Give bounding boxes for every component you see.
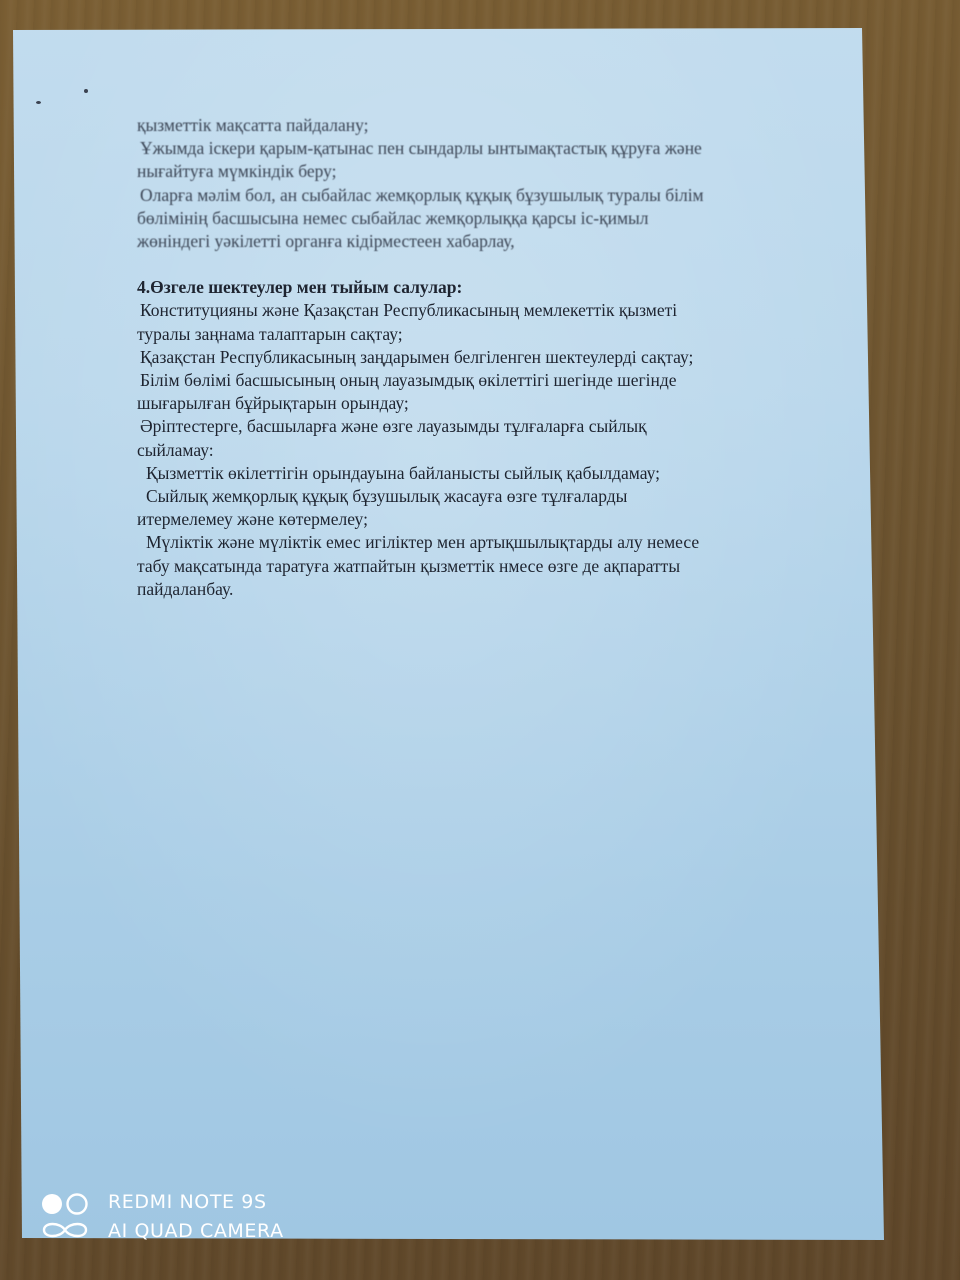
paper-sheet: қызметтік мақсатта пайдалану;Ұжымда іске… — [0, 0, 960, 1280]
document-body: қызметтік мақсатта пайдалану;Ұжымда іске… — [137, 114, 797, 601]
document-line: Қазақстан Республикасының заңдарымен бел… — [137, 346, 797, 369]
document-line: Білім бөлімі басшысының оның лауазымдық … — [137, 369, 797, 392]
document-line: пайдаланбау. — [137, 578, 797, 601]
paper-speck — [84, 89, 88, 93]
document-line: Оларға мәлім бол, ан сыбайлас жемқорлық … — [137, 184, 797, 207]
watermark-camera: AI QUAD CAMERA — [108, 1217, 284, 1246]
watermark-model: REDMI NOTE 9S — [108, 1188, 284, 1217]
document-line: итермелемеу және көтермелеу; — [137, 508, 797, 531]
quad-camera-logo-icon — [40, 1192, 90, 1242]
document-line: туралы заңнама талаптарын сақтау; — [137, 323, 797, 346]
document-line: бөлімінің басшысына немес сыбайлас жемқо… — [137, 207, 797, 230]
paper-speck — [36, 101, 41, 104]
camera-watermark: REDMI NOTE 9S AI QUAD CAMERA — [40, 1188, 284, 1246]
document-line: нығайтуға мүмкіндік беру; — [137, 160, 797, 183]
document-line: қызметтік мақсатта пайдалану; — [137, 114, 797, 137]
document-line: шығарылған бұйрықтарын орындау; — [137, 392, 797, 415]
document-line: Сыйлық жемқорлық құқық бұзушылық жасауға… — [137, 485, 797, 508]
document-line: Конституцияны және Қазақстан Республикас… — [137, 299, 797, 322]
section-heading: 4.Өзгеле шектеулер мен тыйым салулар: — [137, 276, 797, 299]
document-line: Қызметтік өкілеттігін орындауына байланы… — [137, 462, 797, 485]
paragraph-group-before: қызметтік мақсатта пайдалану;Ұжымда іске… — [137, 114, 797, 253]
document-line: Ұжымда іскери қарым-қатынас пен сындарлы… — [137, 137, 797, 160]
document-line: сыйламау: — [137, 439, 797, 462]
document-line: табу мақсатында таратуға жатпайтын қызме… — [137, 555, 797, 578]
document-line: Мүліктік және мүліктік емес игіліктер ме… — [137, 531, 797, 554]
document-line: жөніндегі уәкілетті органға кідірместеен… — [137, 230, 797, 253]
paragraph-group-after: Конституцияны және Қазақстан Республикас… — [137, 299, 797, 601]
document-line: Әріптестерге, басшыларға және өзге лауаз… — [137, 415, 797, 438]
